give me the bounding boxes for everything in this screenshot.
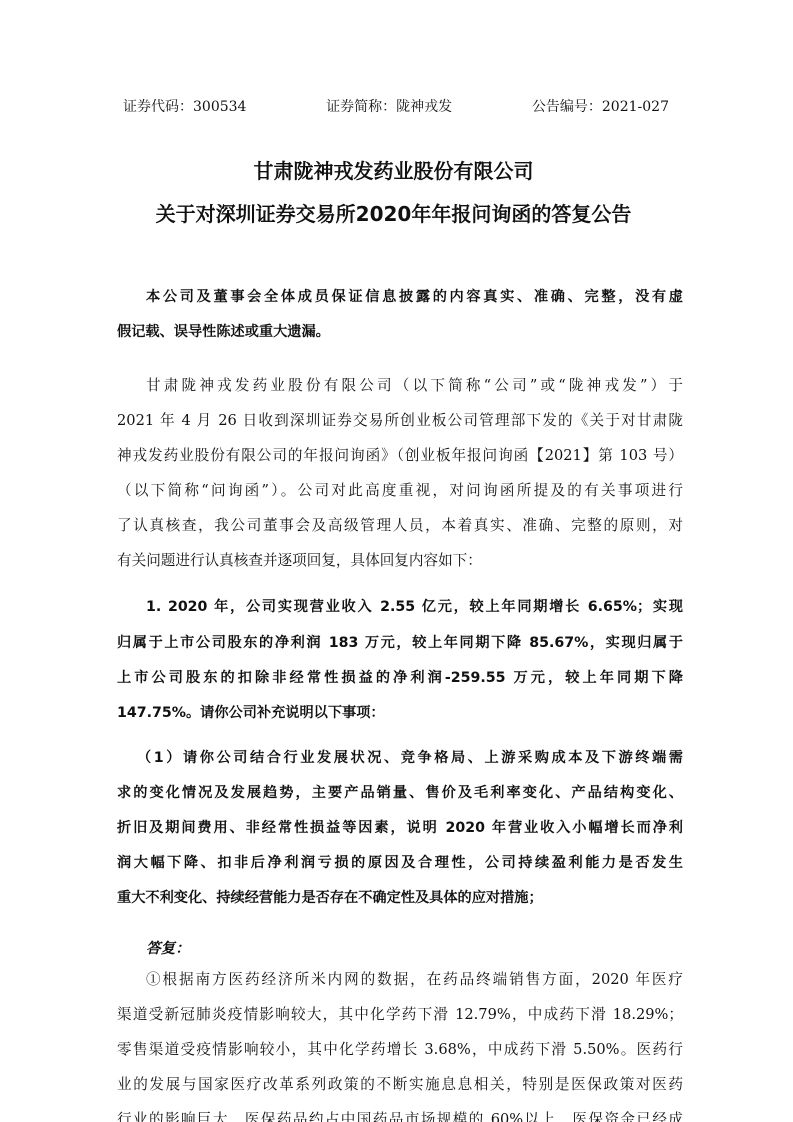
intro-line: （以下简称“问询函”）。公司对此高度重视，对问询函所提及的有关事项进行 <box>117 481 683 501</box>
intro-line: 神戎发药业股份有限公司的年报问询函》（创业板年报问询函【2021】第 103 号… <box>117 446 683 466</box>
intro-line: 有关问题进行认真核查并逐项回复，具体回复内容如下： <box>117 551 683 571</box>
subquestion-line: 求的变化情况及发展趋势，主要产品销量、售价及毛利率变化、产品结构变化、 <box>117 783 683 803</box>
intro-line: 2021 年 4 月 26 日收到深圳证券交易所创业板公司管理部下发的《关于对甘… <box>117 411 683 431</box>
reply-line: 业的发展与国家医疗改革系列政策的不断实施息息相关，特别是医保政策对医药 <box>117 1075 683 1095</box>
announcement-number: 公告编号：2021-027 <box>532 96 669 116</box>
stock-code: 证券代码：300534 <box>123 96 246 116</box>
question1-line: 上市公司股东的扣除非经常性损益的净利润-259.55 万元，较上年同期下降 <box>117 668 683 688</box>
statement-line: 本公司及董事会全体成员保证信息披露的内容真实、准确、完整，没有虚 <box>117 287 683 307</box>
reply-line: 零售渠道受疫情影响较小，其中化学药增长 3.68%，中成药下滑 5.50%。医药… <box>117 1040 683 1060</box>
company-title: 甘肃陇神戎发药业股份有限公司 <box>0 155 790 184</box>
stock-name: 证券简称：陇神戎发 <box>326 96 452 116</box>
announcement-header: 证券代码：300534 证券简称：陇神戎发 公告编号：2021-027 <box>123 96 669 116</box>
document-page: 证券代码：300534 证券简称：陇神戎发 公告编号：2021-027 甘肃陇神… <box>0 0 793 1122</box>
subquestion-line: （1）请你公司结合行业发展状况、竞争格局、上游采购成本及下游终端需 <box>117 748 683 768</box>
question1-line: 1. 2020 年，公司实现营业收入 2.55 亿元，较上年同期增长 6.65%… <box>117 597 683 617</box>
statement-line: 假记载、误导性陈述或重大遗漏。 <box>117 322 683 342</box>
intro-line: 了认真核查，我公司董事会及高级管理人员，本着真实、准确、完整的原则，对 <box>117 516 683 536</box>
announcement-title: 关于对深圳证券交易所2020年年报问询函的答复公告 <box>0 198 790 227</box>
subquestion-line: 重大不利变化、持续经营能力是否存在不确定性及具体的应对措施； <box>117 888 683 908</box>
question1-line: 归属于上市公司股东的净利润 183 万元，较上年同期下降 85.67%，实现归属… <box>117 633 683 653</box>
subquestion-line: 折旧及期间费用、非经常性损益等因素，说明 2020 年营业收入小幅增长而净利 <box>117 818 683 838</box>
intro-line: 甘肃陇神戎发药业股份有限公司（以下简称“公司”或“陇神戎发”）于 <box>117 376 683 396</box>
reply-line: 渠道受新冠肺炎疫情影响较大，其中化学药下滑 12.79%，中成药下滑 18.29… <box>117 1005 683 1025</box>
reply-line: 行业的影响巨大，医保药品约占中国药品市场规模的 60%以上，医保资金已经成 <box>117 1110 683 1122</box>
reply-line: ①根据南方医药经济所米内网的数据，在药品终端销售方面，2020 年医疗 <box>117 970 683 990</box>
subquestion-line: 润大幅下降、扣非后净利润亏损的原因及合理性，公司持续盈利能力是否发生 <box>117 853 683 873</box>
reply-label: 答复： <box>146 937 190 958</box>
question1-line: 147.75%。请你公司补充说明以下事项： <box>117 703 683 723</box>
